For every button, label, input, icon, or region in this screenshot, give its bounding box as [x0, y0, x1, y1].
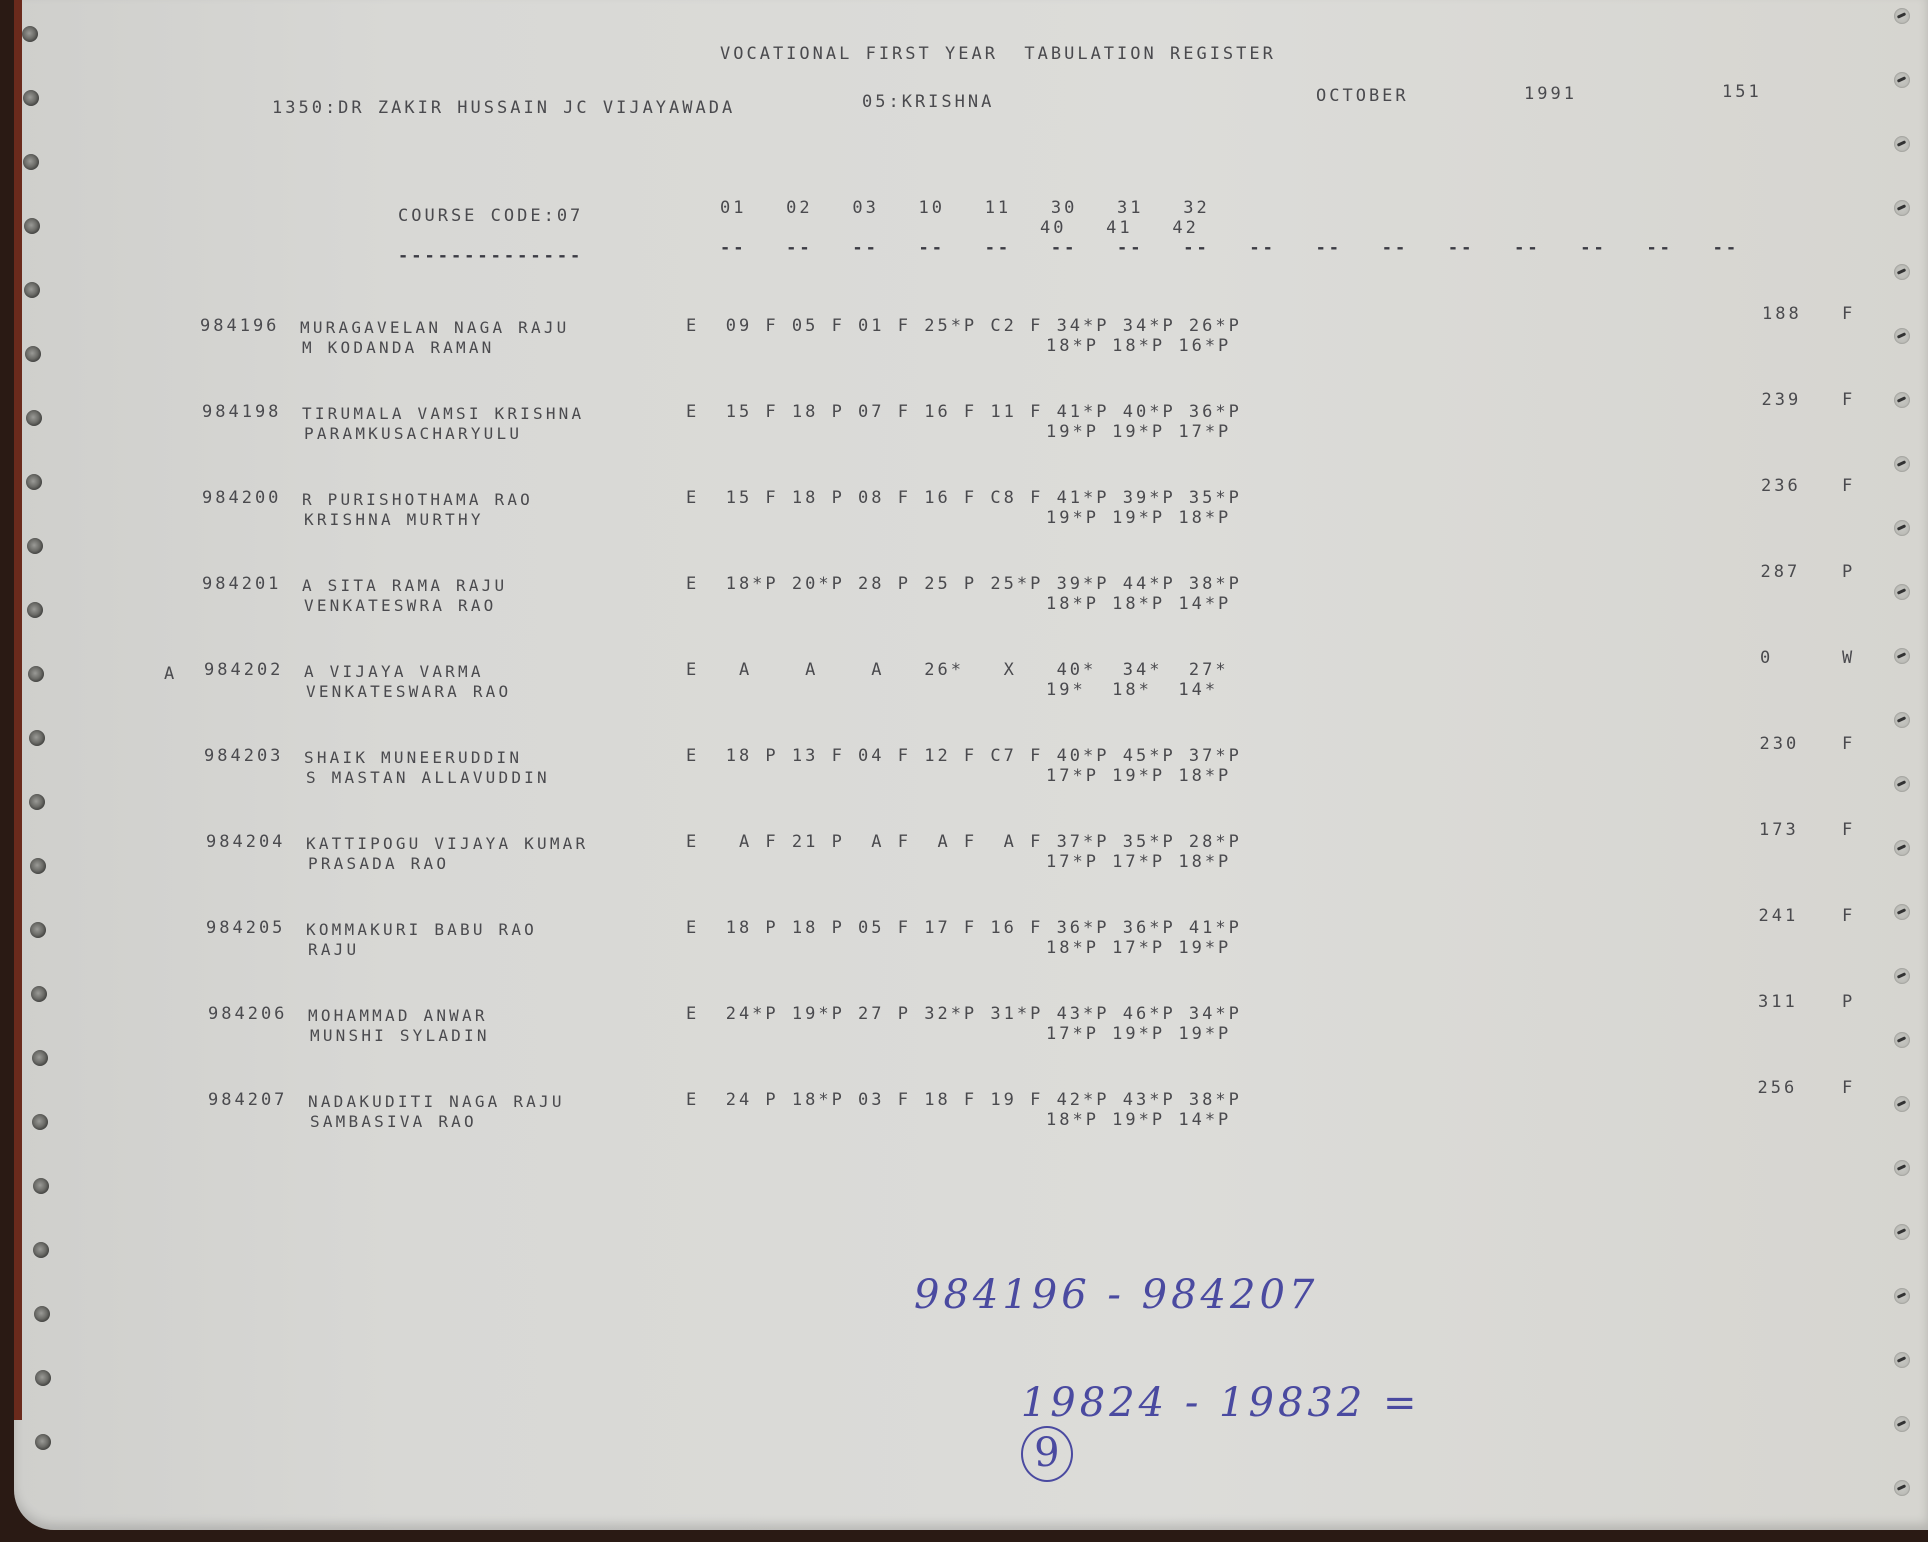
father-name: RAJU: [308, 940, 359, 960]
marks-line2: 18*P 18*P 14*P: [1046, 594, 1231, 614]
roll-number: 984201: [202, 574, 281, 594]
handwritten-roll-range: 984196 - 984207: [914, 1272, 1318, 1318]
feed-hole: [1894, 72, 1910, 88]
feed-hole: [33, 1178, 49, 1194]
feed-hole: [1894, 968, 1910, 984]
roll-number: 984204: [206, 832, 285, 852]
result-code: F: [1842, 906, 1855, 926]
feed-hole: [1894, 392, 1910, 408]
feed-hole: [22, 26, 38, 42]
feed-hole: [1894, 1288, 1910, 1304]
roll-number: 984207: [208, 1090, 287, 1110]
marks-line1: E 24 P 18*P 03 F 18 F 19 F 42*P 43*P 38*…: [686, 1090, 1242, 1110]
marks-line2: 18*P 19*P 14*P: [1046, 1110, 1231, 1130]
roll-number: 984206: [208, 1004, 287, 1024]
total-marks: 188: [1762, 304, 1802, 324]
feed-hole: [28, 666, 44, 682]
marks-line1: E 15 F 18 P 07 F 16 F 11 F 41*P 40*P 36*…: [686, 402, 1242, 422]
feed-hole: [29, 794, 45, 810]
father-name: M KODANDA RAMAN: [302, 338, 495, 358]
result-code: F: [1842, 734, 1855, 754]
result-code: F: [1842, 820, 1855, 840]
marks-line2: 18*P 17*P 19*P: [1046, 938, 1231, 958]
father-name: VENKATESWARA RAO: [306, 682, 511, 702]
marks-line1: E A F 21 P A F A F A F 37*P 35*P 28*P: [686, 832, 1242, 852]
marks-line2: 19* 18* 14*: [1046, 680, 1218, 700]
marks-line1: E 09 F 05 F 01 F 25*P C2 F 34*P 34*P 26*…: [686, 316, 1242, 336]
marks-line2: 17*P 19*P 19*P: [1046, 1024, 1231, 1044]
feed-hole: [1894, 1032, 1910, 1048]
student-name: A VIJAYA VARMA: [304, 662, 484, 682]
feed-hole: [1894, 8, 1910, 24]
student-name: KOMMAKURI BABU RAO: [306, 920, 537, 940]
marks-line1: E 15 F 18 P 08 F 16 F C8 F 41*P 39*P 35*…: [686, 488, 1242, 508]
result-code: P: [1842, 562, 1855, 582]
marks-line2: 19*P 19*P 17*P: [1046, 422, 1231, 442]
feed-hole: [27, 538, 43, 554]
feed-hole: [31, 986, 47, 1002]
feed-hole: [24, 218, 40, 234]
feed-hole: [1894, 840, 1910, 856]
result-code: F: [1842, 304, 1855, 324]
feed-hole: [24, 282, 40, 298]
district: 05:KRISHNA: [862, 92, 994, 112]
feed-hole: [1894, 776, 1910, 792]
total-marks: 230: [1760, 734, 1800, 754]
total-marks: 256: [1758, 1078, 1798, 1098]
roll-number: 984200: [202, 488, 281, 508]
feed-hole: [29, 730, 45, 746]
student-name: NADAKUDITI NAGA RAJU: [308, 1092, 565, 1112]
roll-number: 984198: [202, 402, 281, 422]
feed-hole: [23, 154, 39, 170]
subject-codes-row2: 40 41 42: [1040, 218, 1199, 238]
handwritten-serial-range: 19824 - 19832 = 9: [954, 1334, 1421, 1528]
student-name: SHAIK MUNEERUDDIN: [304, 748, 522, 768]
marks-line1: E 24*P 19*P 27 P 32*P 31*P 43*P 46*P 34*…: [686, 1004, 1242, 1024]
marks-line1: E A A A 26* X 40* 34* 27*: [686, 660, 1229, 680]
father-name: PARAMKUSACHARYULU: [304, 424, 522, 444]
feed-hole: [23, 90, 39, 106]
feed-hole: [35, 1370, 51, 1386]
marks-line2: 17*P 19*P 18*P: [1046, 766, 1231, 786]
handwritten-serial-text: 19824 - 19832 =: [1021, 1380, 1421, 1426]
result-code: F: [1842, 1078, 1855, 1098]
feed-hole: [1894, 1224, 1910, 1240]
total-marks: 287: [1761, 562, 1801, 582]
student-name: MURAGAVELAN NAGA RAJU: [300, 318, 570, 338]
father-name: MUNSHI SYLADIN: [310, 1026, 490, 1046]
marks-line1: E 18 P 18 P 05 F 17 F 16 F 36*P 36*P 41*…: [686, 918, 1242, 938]
exam-year: 1991: [1524, 84, 1577, 104]
course-code-underline: --------------: [398, 246, 583, 266]
result-code: F: [1842, 476, 1855, 496]
feed-hole: [35, 1434, 51, 1450]
total-marks: 236: [1761, 476, 1801, 496]
feed-hole: [1894, 584, 1910, 600]
college-name: 1350:DR ZAKIR HUSSAIN JC VIJAYAWADA: [272, 98, 735, 118]
roll-number: 984203: [204, 746, 283, 766]
feed-hole: [1894, 200, 1910, 216]
student-name: KATTIPOGU VIJAYA KUMAR: [306, 834, 588, 854]
feed-hole: [32, 1114, 48, 1130]
feed-hole: [1894, 456, 1910, 472]
marks-line1: E 18*P 20*P 28 P 25 P 25*P 39*P 44*P 38*…: [686, 574, 1242, 594]
marks-line2: 18*P 18*P 16*P: [1046, 336, 1231, 356]
feed-hole: [1894, 520, 1910, 536]
feed-hole: [30, 858, 46, 874]
absent-flag: A: [164, 664, 177, 684]
feed-hole: [1894, 1480, 1910, 1496]
father-name: S MASTAN ALLAVUDDIN: [306, 768, 550, 788]
roll-number: 984196: [200, 316, 279, 336]
result-code: P: [1842, 992, 1855, 1012]
register-title: VOCATIONAL FIRST YEAR TABULATION REGISTE…: [720, 44, 1276, 64]
roll-number: 984205: [206, 918, 285, 938]
subject-codes-row1: 01 02 03 10 11 30 31 32: [720, 198, 1210, 218]
exam-month: OCTOBER: [1316, 86, 1409, 106]
feed-hole: [34, 1306, 50, 1322]
total-marks: 0: [1760, 648, 1773, 668]
binder-edge: [14, 0, 22, 1420]
feed-hole: [32, 1050, 48, 1066]
student-name: MOHAMMAD ANWAR: [308, 1006, 488, 1026]
roll-number: 984202: [204, 660, 283, 680]
feed-hole: [1894, 264, 1910, 280]
result-code: F: [1842, 390, 1855, 410]
marks-line2: 17*P 17*P 18*P: [1046, 852, 1231, 872]
feed-hole: [1894, 712, 1910, 728]
father-name: KRISHNA MURTHY: [304, 510, 484, 530]
subject-dash-row: -- -- -- -- -- -- -- -- -- -- -- -- -- -…: [720, 238, 1739, 258]
feed-hole: [26, 474, 42, 490]
feed-hole: [33, 1242, 49, 1258]
feed-hole: [1894, 904, 1910, 920]
feed-hole: [1894, 136, 1910, 152]
printout-sheet: VOCATIONAL FIRST YEAR TABULATION REGISTE…: [14, 0, 1928, 1530]
feed-hole: [1894, 648, 1910, 664]
total-marks: 239: [1762, 390, 1802, 410]
marks-line2: 19*P 19*P 18*P: [1046, 508, 1231, 528]
feed-hole: [1894, 1416, 1910, 1432]
feed-hole: [1894, 328, 1910, 344]
total-marks: 173: [1759, 820, 1799, 840]
feed-hole: [30, 922, 46, 938]
feed-hole: [1894, 1160, 1910, 1176]
father-name: PRASADA RAO: [308, 854, 449, 874]
father-name: SAMBASIVA RAO: [310, 1112, 477, 1132]
feed-hole: [1894, 1096, 1910, 1112]
feed-hole: [26, 410, 42, 426]
student-name: R PURISHOTHAMA RAO: [302, 490, 533, 510]
feed-hole: [1894, 1352, 1910, 1368]
total-marks: 241: [1759, 906, 1799, 926]
page-number: 151: [1722, 82, 1762, 102]
student-name: TIRUMALA VAMSI KRISHNA: [302, 404, 584, 424]
course-code: COURSE CODE:07: [398, 206, 583, 226]
feed-hole: [25, 346, 41, 362]
student-name: A SITA RAMA RAJU: [302, 576, 507, 596]
feed-hole: [27, 602, 43, 618]
marks-line1: E 18 P 13 F 04 F 12 F C7 F 40*P 45*P 37*…: [686, 746, 1242, 766]
handwritten-count-circled: 9: [1021, 1426, 1073, 1482]
result-code: W: [1842, 648, 1855, 668]
father-name: VENKATESWRA RAO: [304, 596, 497, 616]
total-marks: 311: [1758, 992, 1798, 1012]
